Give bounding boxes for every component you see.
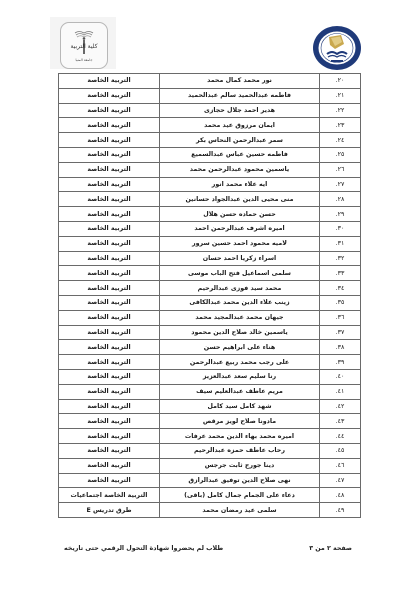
student-name: ياسمين خالد صلاح الدين محمود bbox=[160, 325, 320, 340]
department: التربية الخاصة bbox=[59, 369, 160, 384]
student-name: مادونا صلاح لويز مرقص bbox=[160, 414, 320, 429]
student-name: محمد سيد فوزى عبدالرحيم bbox=[160, 281, 320, 296]
table-row: ٢٢.هدير احمد جلال حجازىالتربية الخاصة bbox=[59, 103, 361, 118]
department: التربية الخاصة bbox=[59, 355, 160, 370]
row-number: ٣٣. bbox=[320, 266, 361, 281]
student-name: لاميه محمود احمد حسين سرور bbox=[160, 236, 320, 251]
department: طرق تدريس E bbox=[59, 503, 160, 518]
table-row: ٢٠.نور محمد كمال محمدالتربية الخاصة bbox=[59, 74, 361, 89]
row-number: ٣٠. bbox=[320, 221, 361, 236]
department: التربية الخاصة bbox=[59, 399, 160, 414]
row-number: ٣٧. bbox=[320, 325, 361, 340]
department: التربية الخاصة bbox=[59, 207, 160, 222]
row-number: ٤٢. bbox=[320, 399, 361, 414]
footer-caption: طلاب لم يحضروا شهادة التحول الرقمي حتى ت… bbox=[64, 545, 223, 552]
department: التربية الخاصة bbox=[59, 177, 160, 192]
table-row: ٣٥.زينب علاء الدين محمد عبدالكافىالتربية… bbox=[59, 295, 361, 310]
table-row: ٤٥.رحاب عاطف حمزه عبدالرحيمالتربية الخاص… bbox=[59, 443, 361, 458]
college-name-label: كلية التربية bbox=[61, 43, 107, 50]
university-name-label: جامعة المنيا bbox=[61, 58, 107, 62]
department: التربية الخاصة bbox=[59, 192, 160, 207]
department: التربية الخاصة bbox=[59, 325, 160, 340]
department: التربية الخاصة bbox=[59, 162, 160, 177]
department: التربية الخاصة bbox=[59, 147, 160, 162]
row-number: ٣٤. bbox=[320, 281, 361, 296]
row-number: ٢١. bbox=[320, 88, 361, 103]
student-name: جيهان محمد عبدالمجيد محمد bbox=[160, 310, 320, 325]
table-row: ٤٨.دعاء على الجمام جمال كامل (باقى)الترب… bbox=[59, 488, 361, 503]
table-row: ٤١.مريم عاطف عبدالعليم سيفالتربية الخاصة bbox=[59, 384, 361, 399]
department: التربية الخاصة bbox=[59, 295, 160, 310]
row-number: ٣٩. bbox=[320, 355, 361, 370]
department: التربية الخاصة bbox=[59, 310, 160, 325]
department: التربية الخاصة bbox=[59, 103, 160, 118]
department: التربية الخاصة bbox=[59, 88, 160, 103]
table-row: ٣٧.ياسمين خالد صلاح الدين محمودالتربية ا… bbox=[59, 325, 361, 340]
department: التربية الخاصة bbox=[59, 133, 160, 148]
table-row: ٤٠.رنا سليم سعد عبدالعزيزالتربية الخاصة bbox=[59, 369, 361, 384]
department: التربية الخاصة bbox=[59, 281, 160, 296]
table-row: ٣٩.على رجب محمد ربيع عبدالرحمنالتربية ال… bbox=[59, 355, 361, 370]
student-name: فاطمه حسين عباس عبدالسميع bbox=[160, 147, 320, 162]
table-row: ٣٦.جيهان محمد عبدالمجيد محمدالتربية الخا… bbox=[59, 310, 361, 325]
row-number: ٢٠. bbox=[320, 74, 361, 89]
table-row: ٣٣.سلمى اسماعيل فتح الباب موسىالتربية ال… bbox=[59, 266, 361, 281]
department: التربية الخاصة bbox=[59, 473, 160, 488]
row-number: ٢٣. bbox=[320, 118, 361, 133]
college-logo: كلية التربية جامعة المنيا bbox=[50, 17, 116, 69]
student-name: ايه علاء محمد انور bbox=[160, 177, 320, 192]
student-name: هدير احمد جلال حجازى bbox=[160, 103, 320, 118]
student-table: ٢٠.نور محمد كمال محمدالتربية الخاصة٢١.فا… bbox=[58, 73, 361, 518]
student-table-body: ٢٠.نور محمد كمال محمدالتربية الخاصة٢١.فا… bbox=[59, 74, 361, 518]
table-row: ٤٦.دينا جورج ثابت جرجسالتربية الخاصة bbox=[59, 458, 361, 473]
row-number: ٢٨. bbox=[320, 192, 361, 207]
student-name: هناء على ابراهيم حسن bbox=[160, 340, 320, 355]
table-row: ٢٦.ياسمين محمود عبدالرحمن محمدالتربية ال… bbox=[59, 162, 361, 177]
student-name: نهى صلاح الدين توفيق عبدالرازق bbox=[160, 473, 320, 488]
open-book-icon bbox=[74, 30, 94, 40]
student-name: ياسمين محمود عبدالرحمن محمد bbox=[160, 162, 320, 177]
department: التربية الخاصة bbox=[59, 74, 160, 89]
row-number: ٢٧. bbox=[320, 177, 361, 192]
student-name: فاطمه عبدالحميد سالم عبدالحميد bbox=[160, 88, 320, 103]
student-name: رنا سليم سعد عبدالعزيز bbox=[160, 369, 320, 384]
department: التربية الخاصة bbox=[59, 414, 160, 429]
table-row: ٢٥.فاطمه حسين عباس عبدالسميعالتربية الخا… bbox=[59, 147, 361, 162]
row-number: ٣٨. bbox=[320, 340, 361, 355]
table-row: ٣١.لاميه محمود احمد حسين سرورالتربية الخ… bbox=[59, 236, 361, 251]
department: التربية الخاصة bbox=[59, 429, 160, 444]
row-number: ٤٠. bbox=[320, 369, 361, 384]
table-row: ٣٢.اسراء زكريا احمد حسانالتربية الخاصة bbox=[59, 251, 361, 266]
table-row: ٢٩.حسن حماده حسن هلالالتربية الخاصة bbox=[59, 207, 361, 222]
table-row: ٣٠.اميره اشرف عبدالرحمن احمدالتربية الخا… bbox=[59, 221, 361, 236]
table-row: ٢٧.ايه علاء محمد انورالتربية الخاصة bbox=[59, 177, 361, 192]
university-seal-icon bbox=[311, 24, 363, 72]
row-number: ٤٤. bbox=[320, 429, 361, 444]
table-row: ٤٧.نهى صلاح الدين توفيق عبدالرازقالتربية… bbox=[59, 473, 361, 488]
table-row: ٢٣.ايمان مرزوق عيد محمدالتربية الخاصة bbox=[59, 118, 361, 133]
row-number: ٢٦. bbox=[320, 162, 361, 177]
row-number: ٢٩. bbox=[320, 207, 361, 222]
row-number: ٢٥. bbox=[320, 147, 361, 162]
row-number: ٤٧. bbox=[320, 473, 361, 488]
row-number: ٢٢. bbox=[320, 103, 361, 118]
department: التربية الخاصة bbox=[59, 340, 160, 355]
student-name: سمر عبدالرحمن النحاس بكر bbox=[160, 133, 320, 148]
student-name: ايمان مرزوق عيد محمد bbox=[160, 118, 320, 133]
university-seal bbox=[311, 24, 363, 72]
page-footer: صفحة ٢ من ٣ طلاب لم يحضروا شهادة التحول … bbox=[60, 545, 360, 557]
table-row: ٤٢.شهد كامل سيد كاملالتربية الخاصة bbox=[59, 399, 361, 414]
table-row: ٣٤.محمد سيد فوزى عبدالرحيمالتربية الخاصة bbox=[59, 281, 361, 296]
department: التربية الخاصة bbox=[59, 384, 160, 399]
row-number: ٤٦. bbox=[320, 458, 361, 473]
row-number: ٣١. bbox=[320, 236, 361, 251]
student-name: اميره اشرف عبدالرحمن احمد bbox=[160, 221, 320, 236]
page-number: صفحة ٢ من ٣ bbox=[309, 545, 352, 552]
student-name: رحاب عاطف حمزه عبدالرحيم bbox=[160, 443, 320, 458]
row-number: ٣٥. bbox=[320, 295, 361, 310]
row-number: ٤١. bbox=[320, 384, 361, 399]
student-name: دعاء على الجمام جمال كامل (باقى) bbox=[160, 488, 320, 503]
department: التربية الخاصة bbox=[59, 118, 160, 133]
row-number: ٢٤. bbox=[320, 133, 361, 148]
student-name: مريم عاطف عبدالعليم سيف bbox=[160, 384, 320, 399]
table-row: ٢٤.سمر عبدالرحمن النحاس بكرالتربية الخاص… bbox=[59, 133, 361, 148]
row-number: ٣٦. bbox=[320, 310, 361, 325]
row-number: ٤٨. bbox=[320, 488, 361, 503]
student-name: دينا جورج ثابت جرجس bbox=[160, 458, 320, 473]
table-row: ٤٩.سلمى عيد رمضان محمدطرق تدريس E bbox=[59, 503, 361, 518]
row-number: ٣٢. bbox=[320, 251, 361, 266]
row-number: ٤٣. bbox=[320, 414, 361, 429]
row-number: ٤٥. bbox=[320, 443, 361, 458]
student-name: منى محيى الدين عبدالجواد حسانين bbox=[160, 192, 320, 207]
table-row: ٣٨.هناء على ابراهيم حسنالتربية الخاصة bbox=[59, 340, 361, 355]
department: التربية الخاصة bbox=[59, 266, 160, 281]
department: التربية الخاصة bbox=[59, 236, 160, 251]
student-name: زينب علاء الدين محمد عبدالكافى bbox=[160, 295, 320, 310]
department: التربية الخاصة bbox=[59, 458, 160, 473]
student-name: على رجب محمد ربيع عبدالرحمن bbox=[160, 355, 320, 370]
table-row: ٤٣.مادونا صلاح لويز مرقصالتربية الخاصة bbox=[59, 414, 361, 429]
row-number: ٤٩. bbox=[320, 503, 361, 518]
student-name: شهد كامل سيد كامل bbox=[160, 399, 320, 414]
table-row: ٢١.فاطمه عبدالحميد سالم عبدالحميدالتربية… bbox=[59, 88, 361, 103]
student-name: حسن حماده حسن هلال bbox=[160, 207, 320, 222]
department: التربية الخاصة bbox=[59, 221, 160, 236]
department: التربية الخاصة bbox=[59, 443, 160, 458]
student-name: نور محمد كمال محمد bbox=[160, 74, 320, 89]
table-row: ٤٤.اميره محمد بهاء الدين محمد عرفاتالترب… bbox=[59, 429, 361, 444]
department: التربية الخاصة bbox=[59, 251, 160, 266]
college-logo-frame: كلية التربية جامعة المنيا bbox=[60, 22, 108, 69]
student-name: سلمى عيد رمضان محمد bbox=[160, 503, 320, 518]
student-name: اسراء زكريا احمد حسان bbox=[160, 251, 320, 266]
table-row: ٢٨.منى محيى الدين عبدالجواد حسانينالتربي… bbox=[59, 192, 361, 207]
student-name: اميره محمد بهاء الدين محمد عرفات bbox=[160, 429, 320, 444]
student-name: سلمى اسماعيل فتح الباب موسى bbox=[160, 266, 320, 281]
department: التربية الخاصة اجتماعيات bbox=[59, 488, 160, 503]
